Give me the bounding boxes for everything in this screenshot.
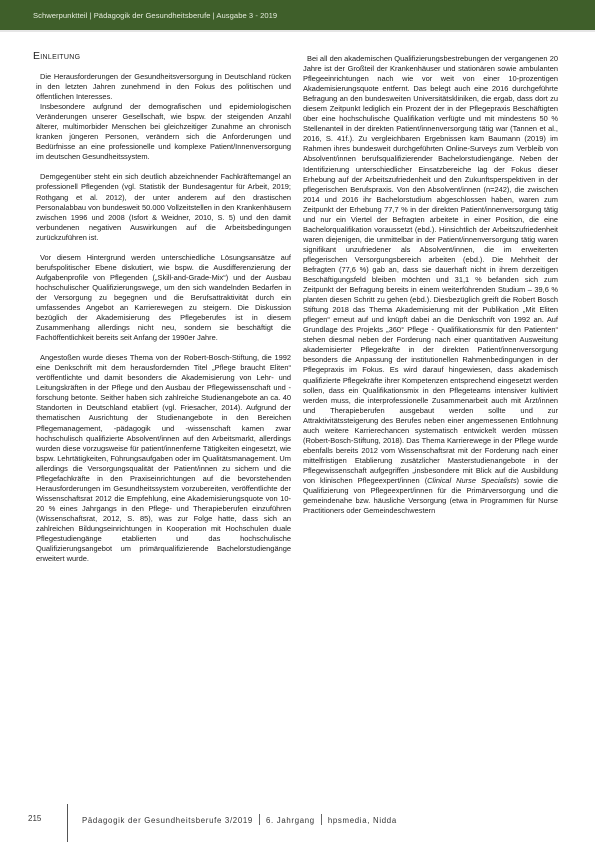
footer-separator xyxy=(259,814,260,825)
paragraph: Bei all den akademischen Qualifizierungs… xyxy=(303,54,558,516)
footer-divider xyxy=(67,804,68,842)
paragraph: Die Herausforderungen der Gesundheitsver… xyxy=(36,72,291,102)
page-number: 215 xyxy=(28,814,41,823)
section-title: Einleitung xyxy=(33,50,80,62)
footer-separator xyxy=(321,814,322,825)
footer-journal: Pädagogik der Gesundheitsberufe 3/2019 xyxy=(82,816,253,825)
right-column: Bei all den akademischen Qualifizierungs… xyxy=(303,54,558,516)
running-header: Schwerpunktteil | Pädagogik der Gesundhe… xyxy=(0,0,595,32)
paragraph-text: Bei all den akademischen Qualifizierungs… xyxy=(303,54,558,485)
page-footer: 215 Pädagogik der Gesundheitsberufe 3/20… xyxy=(0,800,595,842)
paragraph: Demgegenüber steht ein sich deutlich abz… xyxy=(36,172,291,242)
footer-volume: 6. Jahrgang xyxy=(266,816,315,825)
footer-publisher: hpsmedia, Nidda xyxy=(328,816,397,825)
paragraph: Angestoßen wurde dieses Thema von der Ro… xyxy=(36,353,291,564)
paragraph: Vor diesem Hintergrund werden unterschie… xyxy=(36,253,291,343)
italic-term: Clinical Nurse Specialists xyxy=(427,476,516,485)
running-header-text: Schwerpunktteil | Pädagogik der Gesundhe… xyxy=(33,11,277,20)
left-column: Die Herausforderungen der Gesundheitsver… xyxy=(36,72,291,564)
footer-text: Pädagogik der Gesundheitsberufe 3/20196.… xyxy=(82,814,397,825)
paragraph: Insbesondere aufgrund der demografischen… xyxy=(36,102,291,162)
